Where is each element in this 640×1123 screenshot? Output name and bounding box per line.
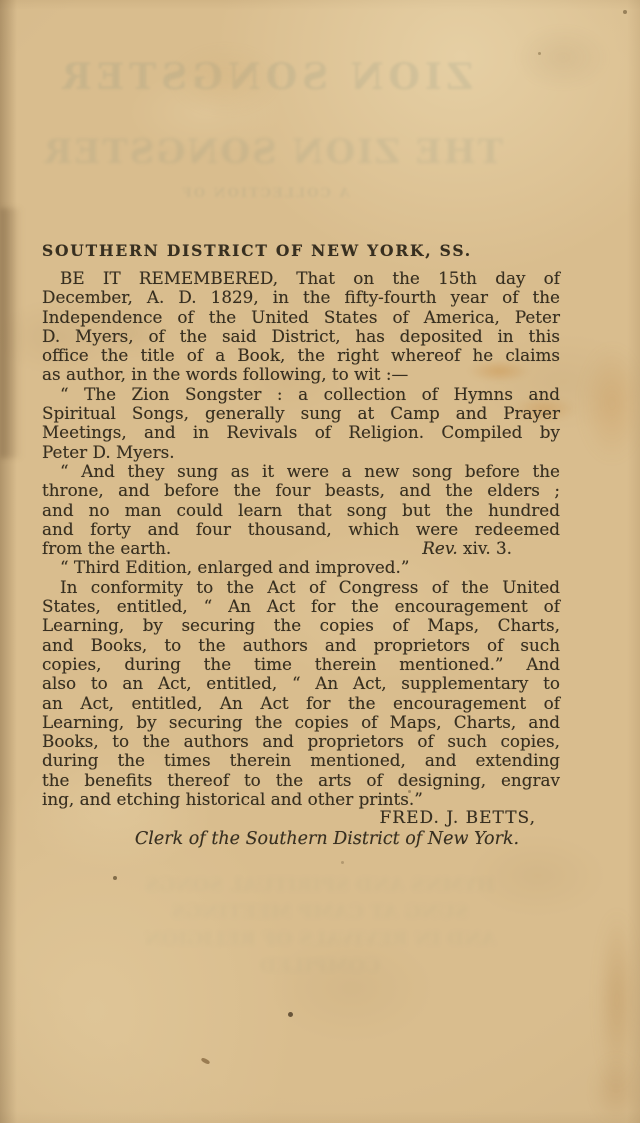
- text-line: Books, to the authors and proprietors of…: [42, 732, 560, 751]
- text-line-left: from the earth.: [42, 539, 171, 558]
- ink-speck: [623, 10, 627, 14]
- scanned-book-page: ZION SONGSTER THE ZION SONGSTER A COLLEC…: [0, 0, 640, 1123]
- text-line: an Act, entitled, An Act for the encoura…: [42, 694, 560, 713]
- text-line: Peter D. Myers.: [42, 443, 560, 462]
- ink-speck: [341, 861, 344, 864]
- paragraph-4: “ Third Edition, enlarged and improved.”: [42, 558, 560, 577]
- paper-highlight: [170, 45, 280, 115]
- text-line: ing, and etching historical and other pr…: [42, 790, 560, 809]
- text-line: Spiritual Songs, generally sung at Camp …: [42, 404, 560, 423]
- edge-stain: [598, 910, 636, 1090]
- edge-stain: [582, 346, 640, 461]
- text-line: the benefits thereof to the arts of desi…: [42, 771, 560, 790]
- gutter-shadow: [0, 208, 22, 458]
- text-line: and no man could learn that song but the…: [42, 501, 560, 520]
- text-line: December, A. D. 1829, in the fifty-fourt…: [42, 288, 560, 307]
- text-line: States, entitled, “ An Act for the encou…: [42, 597, 560, 616]
- text-line: “ The Zion Songster : a collection of Hy…: [42, 385, 560, 404]
- text-line: and forty and four thousand, which were …: [42, 520, 560, 539]
- ink-speck: [113, 876, 117, 880]
- bleed-through-back-line: AND IN REVIVALS OF RELIGION: [110, 926, 530, 953]
- text-line: as author, in the words following, to wi…: [42, 365, 560, 384]
- text-line: from the earth.Rev. xiv. 3.: [42, 539, 560, 558]
- text-block: SOUTHERN DISTRICT OF NEW YORK, SS. BE IT…: [42, 241, 560, 849]
- paper-fiber-mark: [515, 25, 610, 90]
- text-line: Learning, by securing the copies of Maps…: [42, 616, 560, 635]
- text-line: Learning, by securing the copies of Maps…: [42, 713, 560, 732]
- paragraph-3: “ And they sung as it were a new song be…: [42, 462, 560, 558]
- scripture-citation: Rev. xiv. 3.: [422, 539, 512, 558]
- text-line: also to an Act, entitled, “ An Act, supp…: [42, 674, 560, 693]
- paragraph-2: “ The Zion Songster : a collection of Hy…: [42, 385, 560, 462]
- text-line: Meetings, and in Revivals of Religion. C…: [42, 423, 560, 442]
- bleed-through-back-text: HYMNS AND SPIRITUAL SONGSSUNG AT CAMP ME…: [110, 872, 530, 980]
- text-line: and Books, to the authors and proprietor…: [42, 636, 560, 655]
- paragraphs-container: BE IT REMEMBERED, That on the 15th day o…: [42, 269, 560, 809]
- text-line: copies, during the time therein mentione…: [42, 655, 560, 674]
- paragraph-1: BE IT REMEMBERED, That on the 15th day o…: [42, 269, 560, 385]
- bleed-through-title-line3: A COLLECTION OF: [180, 186, 350, 201]
- text-line: Independence of the United States of Ame…: [42, 308, 560, 327]
- ink-speck: [201, 1057, 211, 1065]
- text-line: D. Myers, of the said District, has depo…: [42, 327, 560, 346]
- bleed-through-title-line1: ZION SONGSTER: [57, 56, 473, 98]
- ink-speck: [538, 52, 541, 55]
- text-line: during the times therein mentioned, and …: [42, 751, 560, 770]
- text-line: In conformity to the Act of Congress of …: [42, 578, 560, 597]
- bleed-through-back-line: SUNG AT CAMP MEETINGS: [110, 899, 530, 926]
- text-line: office the title of a Book, the right wh…: [42, 346, 560, 365]
- paragraph-5: In conformity to the Act of Congress of …: [42, 578, 560, 810]
- citation-verse: xiv. 3.: [463, 538, 512, 558]
- corner-stain: [592, 1055, 640, 1123]
- text-line: BE IT REMEMBERED, That on the 15th day o…: [42, 269, 560, 288]
- ink-speck: [288, 1012, 293, 1017]
- district-heading: SOUTHERN DISTRICT OF NEW YORK, SS.: [42, 241, 560, 261]
- signature-line: FRED. J. BETTS,: [42, 809, 560, 828]
- clerk-title-line: Clerk of the Southern District of New Yo…: [42, 829, 560, 849]
- bleed-through-title-line2: THE ZION SONGSTER: [93, 132, 503, 172]
- citation-book: Rev.: [422, 538, 457, 558]
- text-line: “ And they sung as it were a new song be…: [42, 462, 560, 481]
- text-line: “ Third Edition, enlarged and improved.”: [42, 558, 560, 577]
- text-line: throne, and before the four beasts, and …: [42, 481, 560, 500]
- bleed-through-back-line: COMPILED: [110, 953, 530, 980]
- bleed-through-back-line: HYMNS AND SPIRITUAL SONGS: [110, 872, 530, 899]
